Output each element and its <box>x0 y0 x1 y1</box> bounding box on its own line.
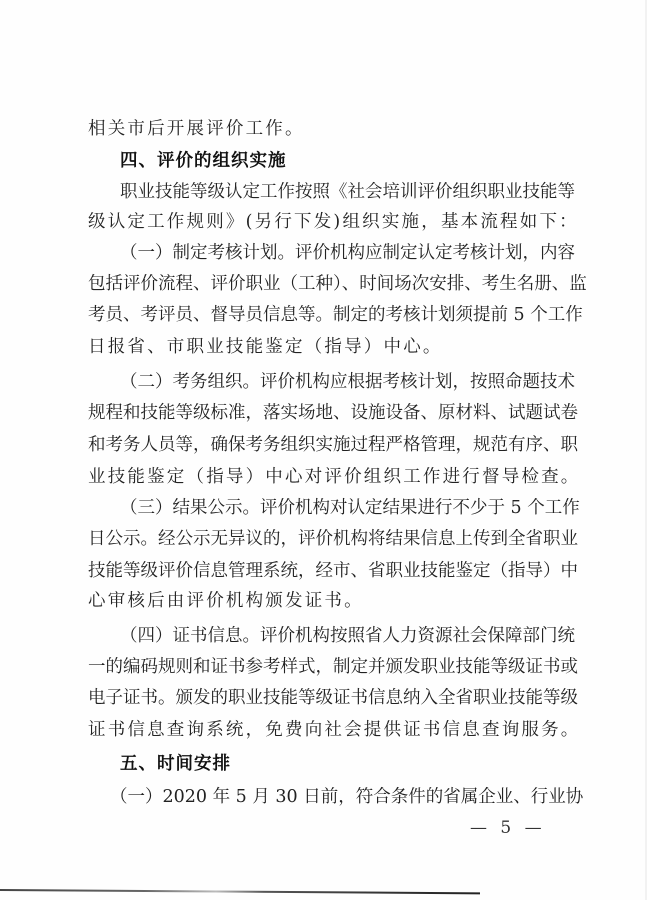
paragraph-line: （四）证书信息。评价机构按照省人力资源社会保障部门统 <box>120 625 552 647</box>
paragraph-line: 证书信息查询系统，免费向社会提供证书信息查询服务。 <box>88 719 552 741</box>
paragraph-line: 职业技能等级认定工作按照《社会培训评价组织职业技能等 <box>120 181 552 203</box>
paragraph-line: （一）制定考核计划。评价机构应制定认定考核计划，内容 <box>120 242 552 264</box>
paragraph-line: （一）2020 年 5 月 30 日前，符合条件的省属企业、行业协 <box>110 786 552 808</box>
paragraph-line: 日公示。经公示无异议的，评价机构将结果信息上传到全省职业 <box>88 528 552 550</box>
paragraph-line: 电子证书。颁发的职业技能等级证书信息纳入全省职业技能等级 <box>88 687 552 709</box>
paragraph-continuation: 相关市后开展评价工作。 <box>88 118 552 140</box>
paragraph-line: 考员、考评员、督导员信息等。制定的考核计划须提前 5 个工作 <box>88 304 552 326</box>
paragraph-line: 包括评价流程、评价职业（工种）、时间场次安排、考生名册、监 <box>88 273 552 295</box>
paragraph-line: 业技能鉴定（指导）中心对评价组织工作进行督导检查。 <box>88 466 552 488</box>
paragraph-line: 一的编码规则和证书参考样式，制定并颁发职业技能等级证书或 <box>88 656 552 678</box>
paragraph-line: 日报省、市职业技能鉴定（指导）中心。 <box>88 336 552 358</box>
paragraph-line: 级认定工作规则》(另行下发)组织实施，基本流程如下： <box>88 211 552 233</box>
scan-edge-line <box>0 889 480 894</box>
document-page: 相关市后开展评价工作。 四、评价的组织实施 职业技能等级认定工作按照《社会培训评… <box>0 0 647 900</box>
paragraph-line: 规程和技能等级标准，落实场地、设施设备、原材料、试题试卷 <box>88 402 552 424</box>
paragraph-line: （三）结果公示。评价机构对认定结果进行不少于 5 个工作 <box>120 497 552 519</box>
paragraph-line: 技能等级评价信息管理系统，经市、省职业技能鉴定（指导）中 <box>88 560 552 582</box>
page-number: — 5 — <box>470 818 546 838</box>
paragraph-line: 心审核后由评价机构颁发证书。 <box>88 590 552 612</box>
paragraph-line: 和考务人员等，确保考务组织实施过程严格管理，规范有序、职 <box>88 434 552 456</box>
section-heading-5: 五、时间安排 <box>120 753 552 775</box>
paragraph-line: （二）考务组织。评价机构应根据考核计划，按照命题技术 <box>120 371 552 393</box>
section-heading-4: 四、评价的组织实施 <box>120 150 552 172</box>
